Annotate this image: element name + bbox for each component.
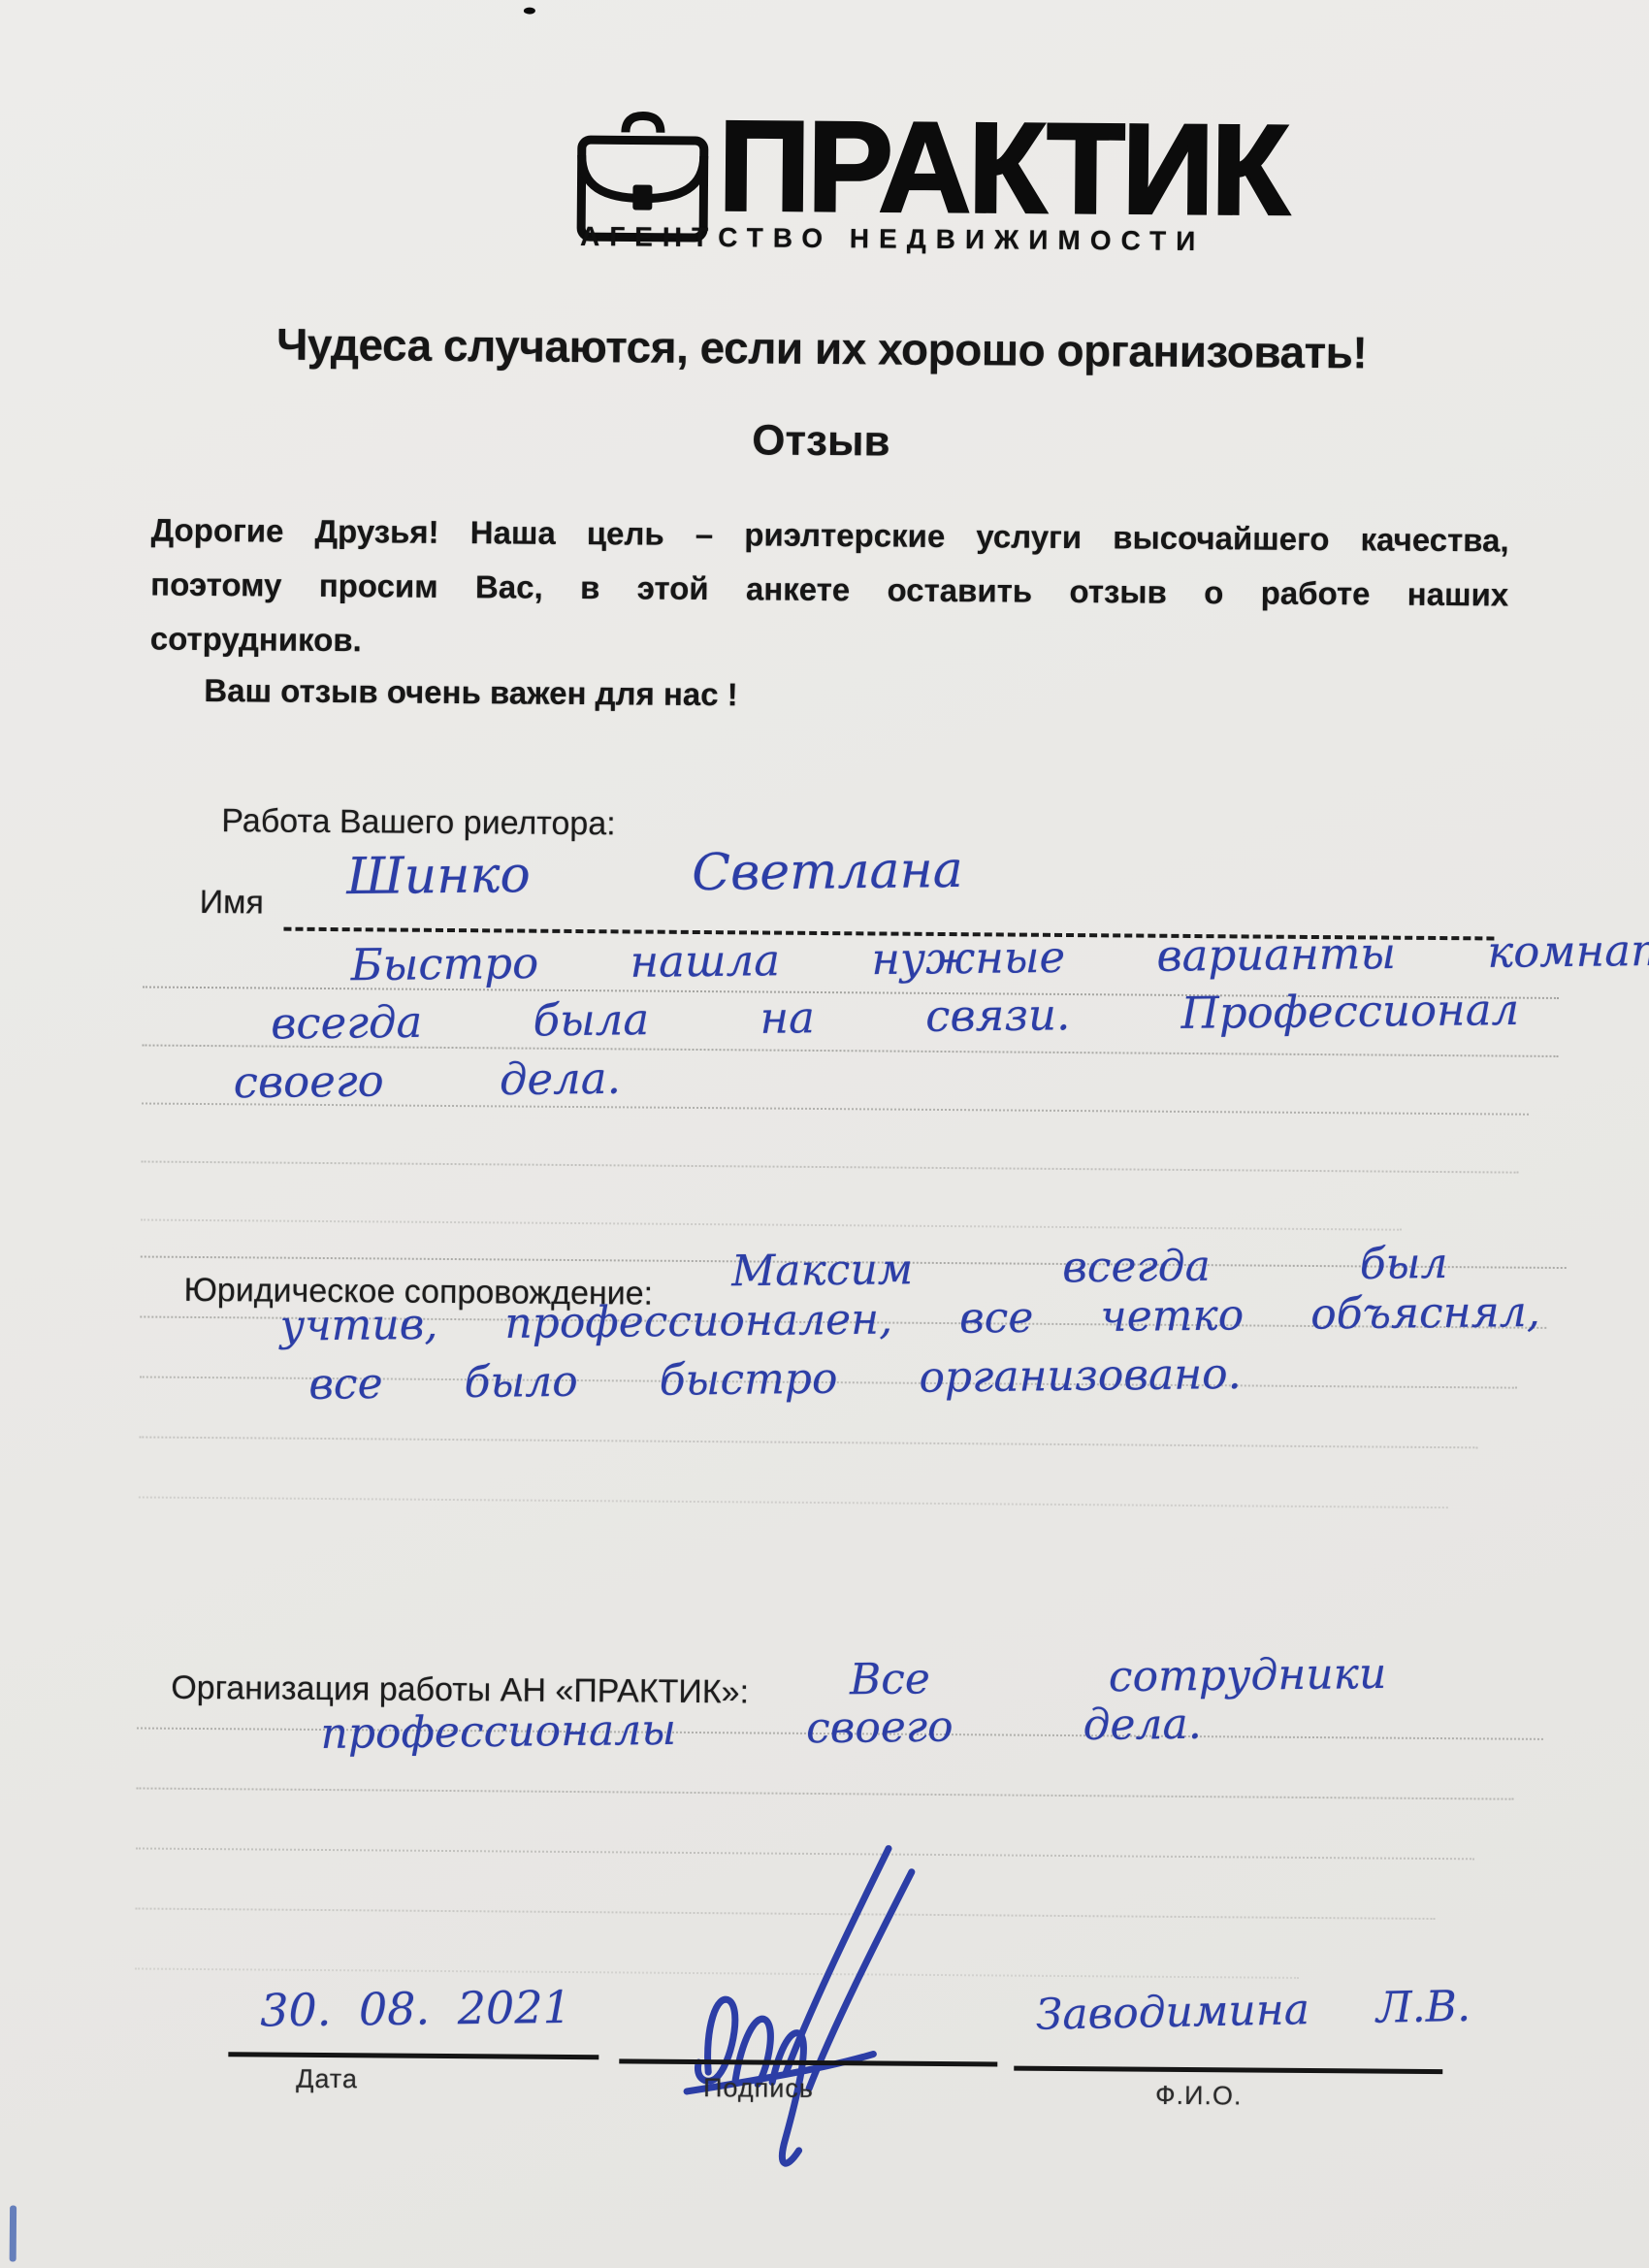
handwritten-review-line: профессионалы своего дела. <box>320 1700 1202 1759</box>
ruled-line <box>136 1787 1513 1799</box>
ruled-line <box>139 1496 1448 1508</box>
brand-subtitle: АГЕНТСТВО НЕДВИЖИМОСТИ <box>580 221 1206 257</box>
handwritten-review-line: Максим всегда был <box>731 1239 1448 1296</box>
handwritten-review-line: всегда была на связи. Профессионал <box>271 984 1520 1050</box>
handwritten-review-line: Все сотрудники <box>850 1649 1387 1704</box>
intro-line: сотрудников. <box>150 612 1508 677</box>
ruled-line <box>141 1219 1402 1231</box>
importance-note: Ваш отзыв очень важен для нас ! <box>204 672 738 713</box>
headline: Чудеса случаются, если их хорошо организ… <box>0 315 1646 380</box>
name-field-value: Шинко Светлана <box>346 841 963 906</box>
fio-line <box>1014 2066 1442 2074</box>
scanned-feedback-form: ПРАКТИК АГЕНТСТВО НЕДВИЖИМОСТИ Чудеса сл… <box>0 0 1649 2268</box>
handwritten-review-line: своего дела. <box>233 1053 621 1109</box>
date-label: Дата <box>296 2064 358 2095</box>
intro-paragraph: Дорогие Друзья! Наша цель – риэлтерские … <box>150 503 1509 677</box>
section-label-realtor: Работа Вашего риелтора: <box>221 802 616 843</box>
date-line <box>228 2052 598 2059</box>
date-value: 30. 08. 2021 <box>260 1981 571 2037</box>
form-title: Отзыв <box>0 410 1646 471</box>
scan-artifact-stripe <box>10 2205 16 2261</box>
handwritten-review-line: все было быстро организовано. <box>308 1349 1242 1409</box>
ruled-line <box>142 1161 1519 1174</box>
scan-artifact-dot <box>524 8 535 15</box>
scan-tilt-wrapper: ПРАКТИК АГЕНТСТВО НЕДВИЖИМОСТИ Чудеса сл… <box>0 0 1649 2268</box>
handwritten-review-line: Быстро нашла нужные варианты комнат, <box>350 924 1649 991</box>
signature-scribble <box>618 1836 921 2173</box>
fio-value: Заводимина Л.В. <box>1035 1982 1471 2040</box>
name-field-label: Имя <box>200 884 265 923</box>
signature-label: Подпись <box>703 2073 814 2104</box>
brand-name: ПРАКТИК <box>718 92 1287 243</box>
fio-label: Ф.И.О. <box>1155 2081 1243 2112</box>
ruled-line <box>139 1436 1477 1448</box>
